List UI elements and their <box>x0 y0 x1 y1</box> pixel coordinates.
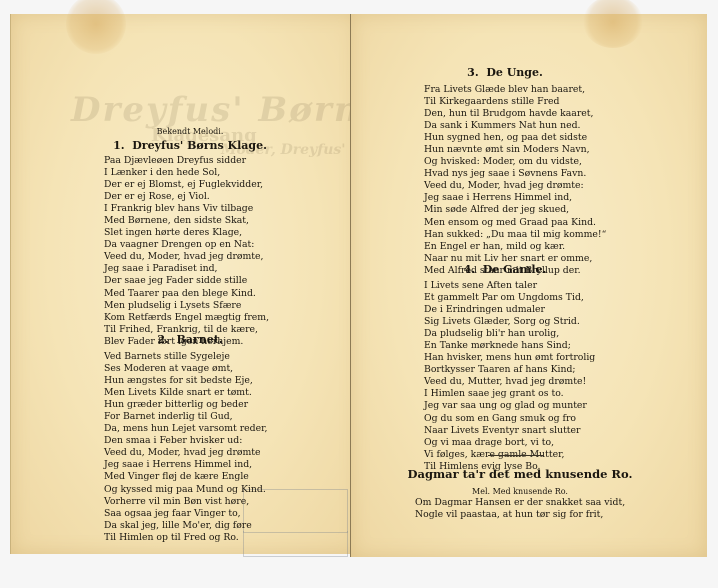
verse-line: Veed du, Mutter, hvad jeg drømte! <box>424 376 595 388</box>
song-number: 2. <box>157 333 168 346</box>
verse-line: De i Erindringen udmaler <box>424 304 595 316</box>
song-1-heading: 1. Dreyfus' Børns Klage. <box>100 140 280 152</box>
verse-line: Da, mens hun Lejet varsomt reder, <box>104 423 268 435</box>
verse-line: For Barnet inderlig til Gud, <box>104 411 268 423</box>
song-5-verse: Om Dagmar Hansen er der snakket saa vidt… <box>415 497 625 521</box>
verse-line: Veed du, Moder, hvad jeg drømte <box>104 447 268 459</box>
melody-note: Bekendt Melodi. <box>120 126 260 138</box>
verse-line: Om Dagmar Hansen er der snakket saa vidt… <box>415 497 625 509</box>
verse-line: Med Vinger fløj de kære Engle <box>104 471 268 483</box>
verse-line: Ses Moderen at vaage ømt, <box>104 363 268 375</box>
verse-line: I Lænker i den hede Sol, <box>104 167 269 179</box>
verse-line: Sig Livets Glæder, Sorg og Strid. <box>424 316 595 328</box>
verse-line: I Livets sene Aften taler <box>424 280 595 292</box>
verse-line: Han hvisker, mens hun ømt fortrolig <box>424 352 595 364</box>
verse-line: Og hvisked: Moder, om du vidste, <box>424 156 606 168</box>
verse-line: Hun ængstes for sit bedste Eje, <box>104 375 268 387</box>
song-4-verse: I Livets sene Aften taler Et gammelt Par… <box>424 280 595 473</box>
stain <box>66 0 126 54</box>
song-4-heading: 4. De Gamle. <box>415 264 595 276</box>
verse-line: Der er ej Rose, ej Viol. <box>104 191 269 203</box>
song-1-verse: Paa Djævleøen Dreyfus sidder I Lænker i … <box>104 155 269 348</box>
verse-line: Den, hun til Brudgom havde kaaret, <box>424 108 606 120</box>
verse-line: Da vaagner Drengen op en Nat: <box>104 239 269 251</box>
verse-line: Da pludselig bli'r han urolig, <box>424 328 595 340</box>
verse-line: Og vi maa drage bort, vi to, <box>424 437 595 449</box>
song-5-heading: Dagmar ta'r det med knusende Ro. <box>405 468 635 480</box>
verse-line: Til Kirkegaardens stille Fred <box>424 96 606 108</box>
song-number: 4. <box>464 263 475 276</box>
song-number: 1. <box>113 139 124 152</box>
song-2-verse: Ved Barnets stille Sygeleje Ses Moderen … <box>104 351 268 544</box>
verse-line: I Frankrig blev hans Viv tilbage <box>104 203 269 215</box>
song-title: Dreyfus' Børns Klage. <box>132 139 267 152</box>
verse-line: Jeg saae i Herrens Himmel ind, <box>424 192 606 204</box>
verse-line: Veed du, Moder, hvad jeg drømte, <box>104 251 269 263</box>
verse-line: Der saae jeg Fader sidde stille <box>104 275 269 287</box>
verse-line: Jeg saae i Herrens Himmel ind, <box>104 459 268 471</box>
verse-line: Med Børnene, den sidste Skat, <box>104 215 269 227</box>
verse-line: Slet ingen hørte deres Klage, <box>104 227 269 239</box>
verse-line: Hun sygned hen, og paa det sidste <box>424 132 606 144</box>
verse-line: Men pludselig i Lysets Sfære <box>104 300 269 312</box>
verse-line: Min søde Alfred der jeg skued, <box>424 204 606 216</box>
verse-line: En Engel er han, mild og kær. <box>424 241 606 253</box>
verse-line: Bortkysser Taaren af hans Kind; <box>424 364 595 376</box>
song-3-verse: Fra Livets Glæde blev han baaret, Til Ki… <box>424 84 606 277</box>
song-title: Barnet. <box>177 333 223 346</box>
verse-line: Kom Retfærds Engel mægtig frem, <box>104 312 269 324</box>
verse-line: Fra Livets Glæde blev han baaret, <box>424 84 606 96</box>
section-divider <box>488 455 544 456</box>
song-3-heading: 3. De Unge. <box>415 67 595 79</box>
verse-line: Og kyssed mig paa Mund og Kind. <box>104 484 268 496</box>
song-2-heading: 2. Barnet. <box>100 334 280 346</box>
verse-line: Paa Djævleøen Dreyfus sidder <box>104 155 269 167</box>
verse-line: Et gammelt Par om Ungdoms Tid, <box>424 292 595 304</box>
stain <box>583 0 643 48</box>
verse-line: Da sank i Kummers Nat hun ned. <box>424 120 606 132</box>
verse-line: Hvad nys jeg saae i Søvnens Favn. <box>424 168 606 180</box>
verse-line: Der er ej Blomst, ej Fuglekvidder, <box>104 179 269 191</box>
verse-line: I Himlen saae jeg grant os to. <box>424 388 595 400</box>
verse-line: Og du som en Gang smuk og fro <box>424 413 595 425</box>
verse-line: Han sukked: „Du maa til mig komme!“ <box>424 229 606 241</box>
verse-line: En Tanke mørknede hans Sind; <box>424 340 595 352</box>
song-title: De Gamle. <box>483 263 547 276</box>
verse-line: Nogle vil paastaa, at hun tør sig for fr… <box>415 509 625 521</box>
verse-line: Ved Barnets stille Sygeleje <box>104 351 268 363</box>
verse-line: Med Taarer paa den blege Kind. <box>104 288 269 300</box>
verse-line: Men ensom og med Graad paa Kind. <box>424 217 606 229</box>
verse-line: Saa ogsaa jeg faar Vinger to, <box>104 508 268 520</box>
verse-line: Vorherre vil min Bøn vist høre, <box>104 496 268 508</box>
verse-line: Da skal jeg, lille Mo'er, dig føre <box>104 520 268 532</box>
verse-line: Hun græder bitterlig og beder <box>104 399 268 411</box>
song-number: 3. <box>467 66 478 79</box>
verse-line: Jeg saae i Paradiset ind, <box>104 263 269 275</box>
verse-line: Naar Livets Eventyr snart slutter <box>424 425 595 437</box>
verse-line: Jeg var saa ung og glad og munter <box>424 400 595 412</box>
verse-line: Den smaa i Feber hvisker ud: <box>104 435 268 447</box>
song-title: De Unge. <box>486 66 542 79</box>
verse-line: Til Himlen op til Fred og Ro. <box>104 532 268 544</box>
bleed-through-title: Dreyfus' Børns <box>71 90 382 130</box>
verse-line: Men Livets Kilde snart er tømt. <box>104 387 268 399</box>
verse-line: Veed du, Moder, hvad jeg drømte: <box>424 180 606 192</box>
verse-line: Hun nævnte ømt sin Moders Navn, <box>424 144 606 156</box>
